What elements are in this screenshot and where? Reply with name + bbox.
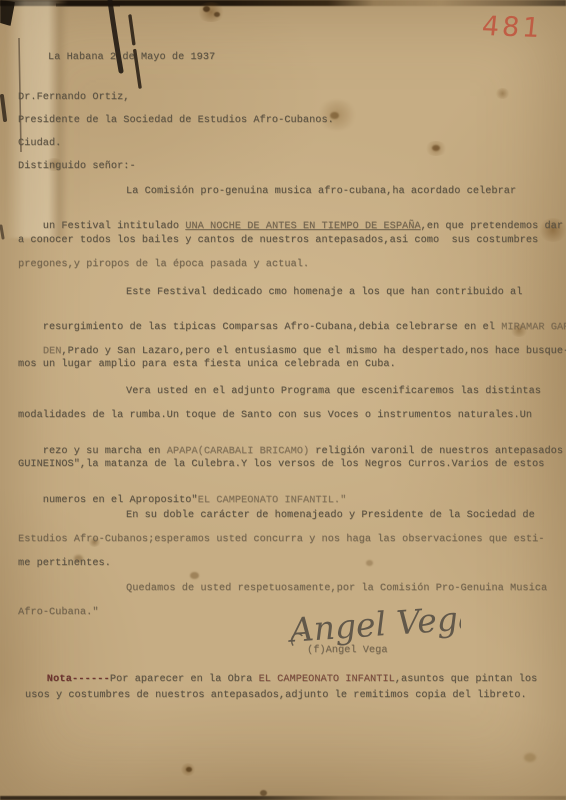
venue-name: DEN [43,346,62,357]
stain [190,572,199,579]
stain [366,560,373,566]
line-segment: numeros en el Aproposito" [43,495,198,506]
festival-title: UNA NOCHE DE ANTES EN TIEMPO DE ESPAÑA [185,221,420,232]
scan-top-edge [0,0,566,6]
line-segment: Por aparecer en la Obra [110,674,259,685]
line-segment: resurgimiento de las tipicas Comparsas A… [43,322,501,333]
archive-number: 481 [480,11,544,44]
stain [260,790,267,796]
stain [432,145,440,151]
letter-page: 481 La Habana 2 de Mayo de 1937 Dr.Ferna… [0,0,566,800]
scan-bottom-edge [0,796,566,800]
date-line: La Habana 2 de Mayo de 1937 [48,52,215,63]
recipient-title: Presidente de la Sociedad de Estudios Af… [18,115,334,126]
recipient-name: Dr.Fernando Ortiz, [18,92,129,103]
edge-mark-icon [1,226,3,238]
closing-line: Afro-Cubana." [18,607,99,618]
letter-line: En su doble carácter de homenajeado y Pr… [126,510,535,521]
line-segment: ,asuntos que pintan los [395,674,537,685]
letter-line: modalidades de la rumba.Un toque de Sant… [18,410,532,421]
work-title: EL CAMPEONATO INFANTIL." [198,495,347,506]
line-segment: ,en que pretendemos dar [421,221,563,232]
stain [214,12,220,17]
stain [524,753,536,762]
stain [196,2,226,22]
line-segment: rezo y su marcha en [43,446,167,457]
nota-line: usos y costumbres de nuestros antepasado… [25,690,527,701]
letter-line: mos un lugar amplio para esta fiesta uni… [18,359,396,370]
stain [495,88,510,99]
letter-line: pregones,y piropos de la época pasada y … [18,259,309,270]
typed-signature: (f)Angel Vega [307,645,388,656]
line-segment: un Festival intitulado [43,221,185,232]
venue-name: MIRAMAR GAR- [501,322,566,333]
nota-label: Nota------ [47,674,110,685]
letter-line: GUINEINOS",la matanza de la Culebra.Y lo… [18,459,544,470]
salutation: Distinguido señor:- [18,161,136,172]
signature-text: Angel Vega [286,598,461,650]
religion-name: APAPA(CARABALI BRICAMO) [167,446,309,457]
work-title: EL CAMPEONATO INFANTIL [259,674,395,685]
letter-line: a conocer todos los bailes y cantos de n… [18,235,538,246]
line-segment: religión varonil de nuestros antepasados [309,446,563,457]
recipient-city: Ciudad. [18,138,61,149]
stain [186,767,192,772]
letter-line: Este Festival dedicado cmo homenaje a lo… [126,287,522,298]
edge-mark-icon [2,96,5,120]
closing-line: Quedamos de usted respetuosamente,por la… [126,583,547,594]
stain [203,6,210,12]
letter-line: La Comisión pro-genuina musica afro-cuba… [126,186,516,197]
letter-line: Estudios Afro-Cubanos;esperamos usted co… [18,534,544,545]
letter-line: me pertinentes. [18,558,111,569]
letter-line: Vera usted en el adjunto Programa que es… [126,386,541,397]
line-segment: ,Prado y San Lazaro,pero el entusiasmo q… [61,346,566,357]
